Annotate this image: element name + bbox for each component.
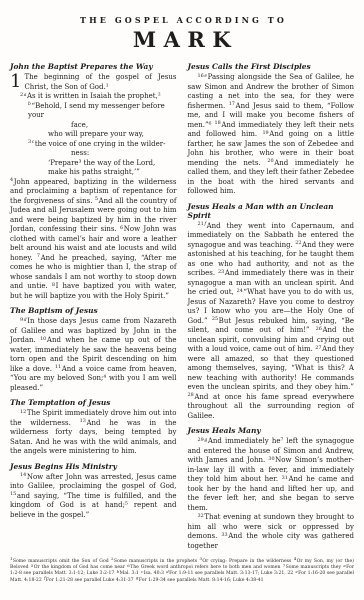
verse-paragraph: 2aAs it is written in Isaiah the prophet… xyxy=(10,92,177,102)
book-title: MARK xyxy=(0,27,364,52)
section-heading: Jesus Heals a Man with an Unclean Spirit xyxy=(188,202,355,220)
section-heading: Jesus Heals Many xyxy=(188,426,355,435)
footnote-marker: c xyxy=(141,569,144,574)
verse-number: 28 xyxy=(188,392,195,398)
left-column: John the Baptist Prepares the Way1The be… xyxy=(10,62,177,552)
verse-number: 33 xyxy=(221,532,228,538)
verse-paragraph: 4John appeared, baptizing in the wildern… xyxy=(10,178,177,302)
crossref-marker: f xyxy=(204,222,206,227)
verse-paragraph: 32That evening at sundown they brought t… xyxy=(188,513,355,551)
footnote: 5Or the kingdom of God has come near xyxy=(31,565,127,570)
crossref-marker: b xyxy=(28,102,31,107)
verse-number: 25 xyxy=(212,316,219,322)
text-columns: John the Baptist Prepares the Way1The be… xyxy=(0,52,364,552)
verse-paragraph: 21fAnd they went into Capernaum, and imm… xyxy=(188,222,355,422)
poetry-line: ‘Prepare³ the way of the Lord, xyxy=(10,159,177,169)
verse-number: 6 xyxy=(120,225,124,231)
verse-number: 4 xyxy=(10,177,14,183)
footnote: 3Or crying: Prepare in the wilderness xyxy=(199,559,293,564)
crossref-marker: g xyxy=(204,438,207,443)
section-heading: John the Baptist Prepares the Way xyxy=(10,62,177,71)
crossref-marker: c xyxy=(32,140,35,145)
footnote-marker: 1 xyxy=(10,556,13,561)
poetry-line: b“Behold, I send my messenger before you… xyxy=(10,102,177,121)
poetry-block: b“Behold, I send my messenger before you… xyxy=(10,102,177,178)
poetry-line: face, xyxy=(10,121,177,131)
footnote-marker: d xyxy=(166,569,169,574)
verse-number: 18 xyxy=(215,120,222,126)
verse-number: 15 xyxy=(10,491,17,497)
verse-number: 22 xyxy=(295,240,302,246)
footnote-marker: 6 xyxy=(127,563,130,568)
verse-number: 17 xyxy=(229,101,236,107)
poetry-line: make his paths straight,’” xyxy=(10,168,177,178)
footnote-marker: 2 xyxy=(111,556,114,561)
verse-number: 20 xyxy=(267,158,274,164)
footnote-marker: 7 xyxy=(283,563,286,568)
verse-paragraph: 16ePassing alongside the Sea of Galilee,… xyxy=(188,73,355,197)
footnote-marker: b xyxy=(117,569,120,574)
verse-number: 12 xyxy=(20,409,27,415)
verse-number: 13 xyxy=(80,418,87,424)
footnote-marker: 3 xyxy=(199,556,202,561)
verse-number: 27 xyxy=(315,345,322,351)
verse-number: 7 xyxy=(37,253,41,259)
footnote-marker: e xyxy=(295,569,298,574)
verse-number: 32 xyxy=(198,513,205,519)
book-header: THE GOSPEL ACCORDING TO MARK xyxy=(0,0,364,52)
verse-number: 14 xyxy=(20,472,27,478)
verse-number: 30 xyxy=(268,456,275,462)
crossref-marker: e xyxy=(204,74,207,79)
verse-paragraph: 9dIn those days Jesus came from Nazareth… xyxy=(10,317,177,393)
footnote-marker: f xyxy=(44,575,46,580)
footnote: gFor 1:29-34 see parallels Matt. 8:14-16… xyxy=(136,578,266,583)
verse-paragraph: 14Now after John was arrested, Jesus cam… xyxy=(10,473,177,521)
verse-number: 5 xyxy=(95,196,99,202)
verse-number: 8 xyxy=(52,282,56,288)
crossref-marker: d xyxy=(24,318,27,323)
verse-number: 10 xyxy=(40,336,47,342)
footnote: fFor 1:21-28 see parallel Luke 4:31-37 xyxy=(44,578,136,583)
section-heading: The Temptation of Jesus xyxy=(10,398,177,407)
footnote-marker: a xyxy=(343,563,346,568)
verse-number: 23 xyxy=(218,269,225,275)
section-heading: Jesus Calls the First Disciples xyxy=(188,62,355,71)
footnote: 6The Greek word anthropoi refers here to… xyxy=(127,565,282,570)
verse-number: 26 xyxy=(316,326,323,332)
footnote-marker: g xyxy=(136,575,139,580)
right-column: Jesus Calls the First Disciples16ePassin… xyxy=(188,62,355,552)
poetry-line: who will prepare your way, xyxy=(10,130,177,140)
poetry-line: 3cthe voice of one crying in the wilder- xyxy=(10,140,177,150)
poetry-line: ness: xyxy=(10,149,177,159)
verse-paragraph: 1The beginning of the gospel of Jesus Ch… xyxy=(10,73,177,92)
footnote: 1Some manuscripts omit the Son of God xyxy=(10,559,111,564)
book-kicker: THE GOSPEL ACCORDING TO xyxy=(0,15,364,25)
footnote: dFor 1:9-11 see parallels Matt. 3:13-17;… xyxy=(166,571,295,576)
verse-paragraph: 29gAnd immediately he⁷ left the synagogu… xyxy=(188,437,355,513)
verse-number: 31 xyxy=(282,475,289,481)
section-heading: Jesus Begins His Ministry xyxy=(10,462,177,471)
footnote: cIsa. 40:3 xyxy=(141,571,166,576)
footnote: 7Some manuscripts they xyxy=(283,565,344,570)
crossref-marker: a xyxy=(24,93,27,98)
verse-number: 24 xyxy=(237,288,244,294)
footnote-marker: 5 xyxy=(31,563,34,568)
verse-number: 11 xyxy=(55,364,62,370)
verse-number: 19 xyxy=(262,130,269,136)
footnote-marker: 4 xyxy=(294,556,297,561)
chapter-number: 1 xyxy=(10,73,24,90)
verse-paragraph: 12The Spirit immediately drove him out i… xyxy=(10,409,177,457)
footnotes-block: 1Some manuscripts omit the Son of God 2S… xyxy=(0,552,364,600)
bible-page: THE GOSPEL ACCORDING TO MARK John the Ba… xyxy=(0,0,364,600)
section-heading: The Baptism of Jesus xyxy=(10,306,177,315)
footnote: 2Some manuscripts in the prophets xyxy=(111,559,200,564)
